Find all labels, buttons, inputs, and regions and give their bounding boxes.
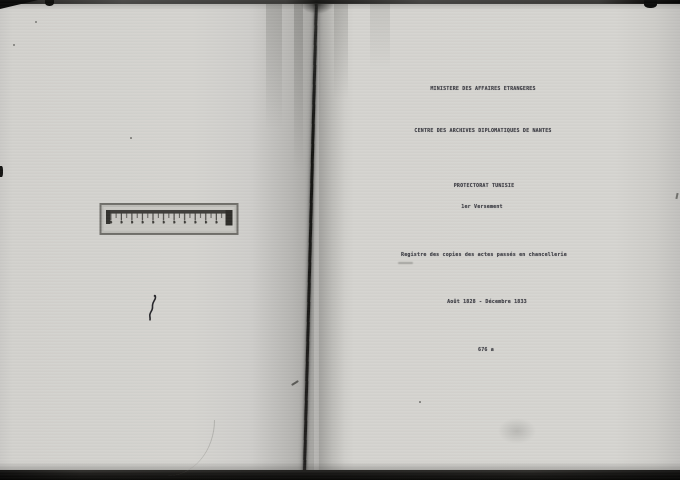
text-cote-number: 676 a xyxy=(478,347,494,354)
text-item-description: Registre des copies des actes passés en … xyxy=(401,252,567,259)
text-fonds-title: PROTECTORAT TUNISIE xyxy=(454,183,515,190)
ink-mark-graphic xyxy=(143,293,161,325)
dust-speck xyxy=(35,21,37,23)
text-versement: 1er Versement xyxy=(461,204,502,211)
scanned-archive-spread: MINISTERE DES AFFAIRES ETRANGERES CENTRE… xyxy=(0,0,680,480)
text-date-range: Août 1828 - Décembre 1833 xyxy=(447,299,527,306)
scale-ruler-graphic xyxy=(99,202,239,236)
scale-ruler xyxy=(99,202,239,236)
text-ministry: MINISTERE DES AFFAIRES ETRANGERES xyxy=(430,86,535,93)
ink-mark xyxy=(143,293,161,325)
right-page xyxy=(318,0,680,480)
pencil-smudge xyxy=(398,262,413,264)
text-archive-center: CENTRE DES ARCHIVES DIPLOMATIQUES DE NAN… xyxy=(414,128,551,135)
dust-speck xyxy=(419,401,421,403)
gutter-shadow-right xyxy=(319,0,345,480)
dust-speck xyxy=(130,137,132,139)
dust-speck xyxy=(13,44,15,46)
paper-smudge xyxy=(498,418,536,444)
